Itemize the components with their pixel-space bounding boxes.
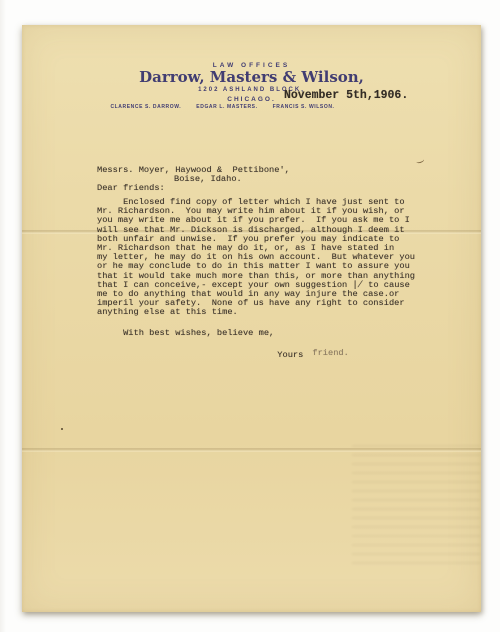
closing-line: With best wishes, believe me,	[97, 328, 274, 338]
signature-word: friend.	[312, 348, 349, 358]
letterhead-partners: CLARENCE S. DARROW. EDGAR L. MASTERS. FR…	[22, 104, 423, 110]
partner-name: FRANCIS S. WILSON.	[273, 104, 335, 110]
salutation: Dear friends:	[97, 183, 165, 193]
paper-speck	[61, 428, 63, 430]
letterhead-address-line: 1202 ASHLAND BLOCK,	[22, 87, 481, 93]
partner-name: CLARENCE S. DARROW.	[110, 104, 181, 110]
date-line: November 5th,1906.	[284, 89, 408, 102]
letter-paper: LAW OFFICES Darrow, Masters & Wilson, 12…	[22, 25, 481, 612]
body-line: anything else at this time.	[97, 308, 415, 317]
recipient-line-2: Boise, Idaho.	[174, 174, 242, 184]
paper-speck	[415, 157, 424, 164]
signature-prefix: Yours	[277, 350, 303, 360]
signature-line: Yoursfriend.	[246, 340, 349, 370]
ink-bleed-through	[352, 445, 480, 565]
letterhead-city-line: CHICAGO.	[22, 96, 481, 103]
letter-body: Enclosed find copy of letter which I hav…	[97, 198, 415, 318]
letterhead-firm-name: Darrow, Masters & Wilson,	[22, 68, 481, 86]
partner-name: EDGAR L. MASTERS.	[196, 104, 257, 110]
scan-background: LAW OFFICES Darrow, Masters & Wilson, 12…	[0, 0, 500, 632]
